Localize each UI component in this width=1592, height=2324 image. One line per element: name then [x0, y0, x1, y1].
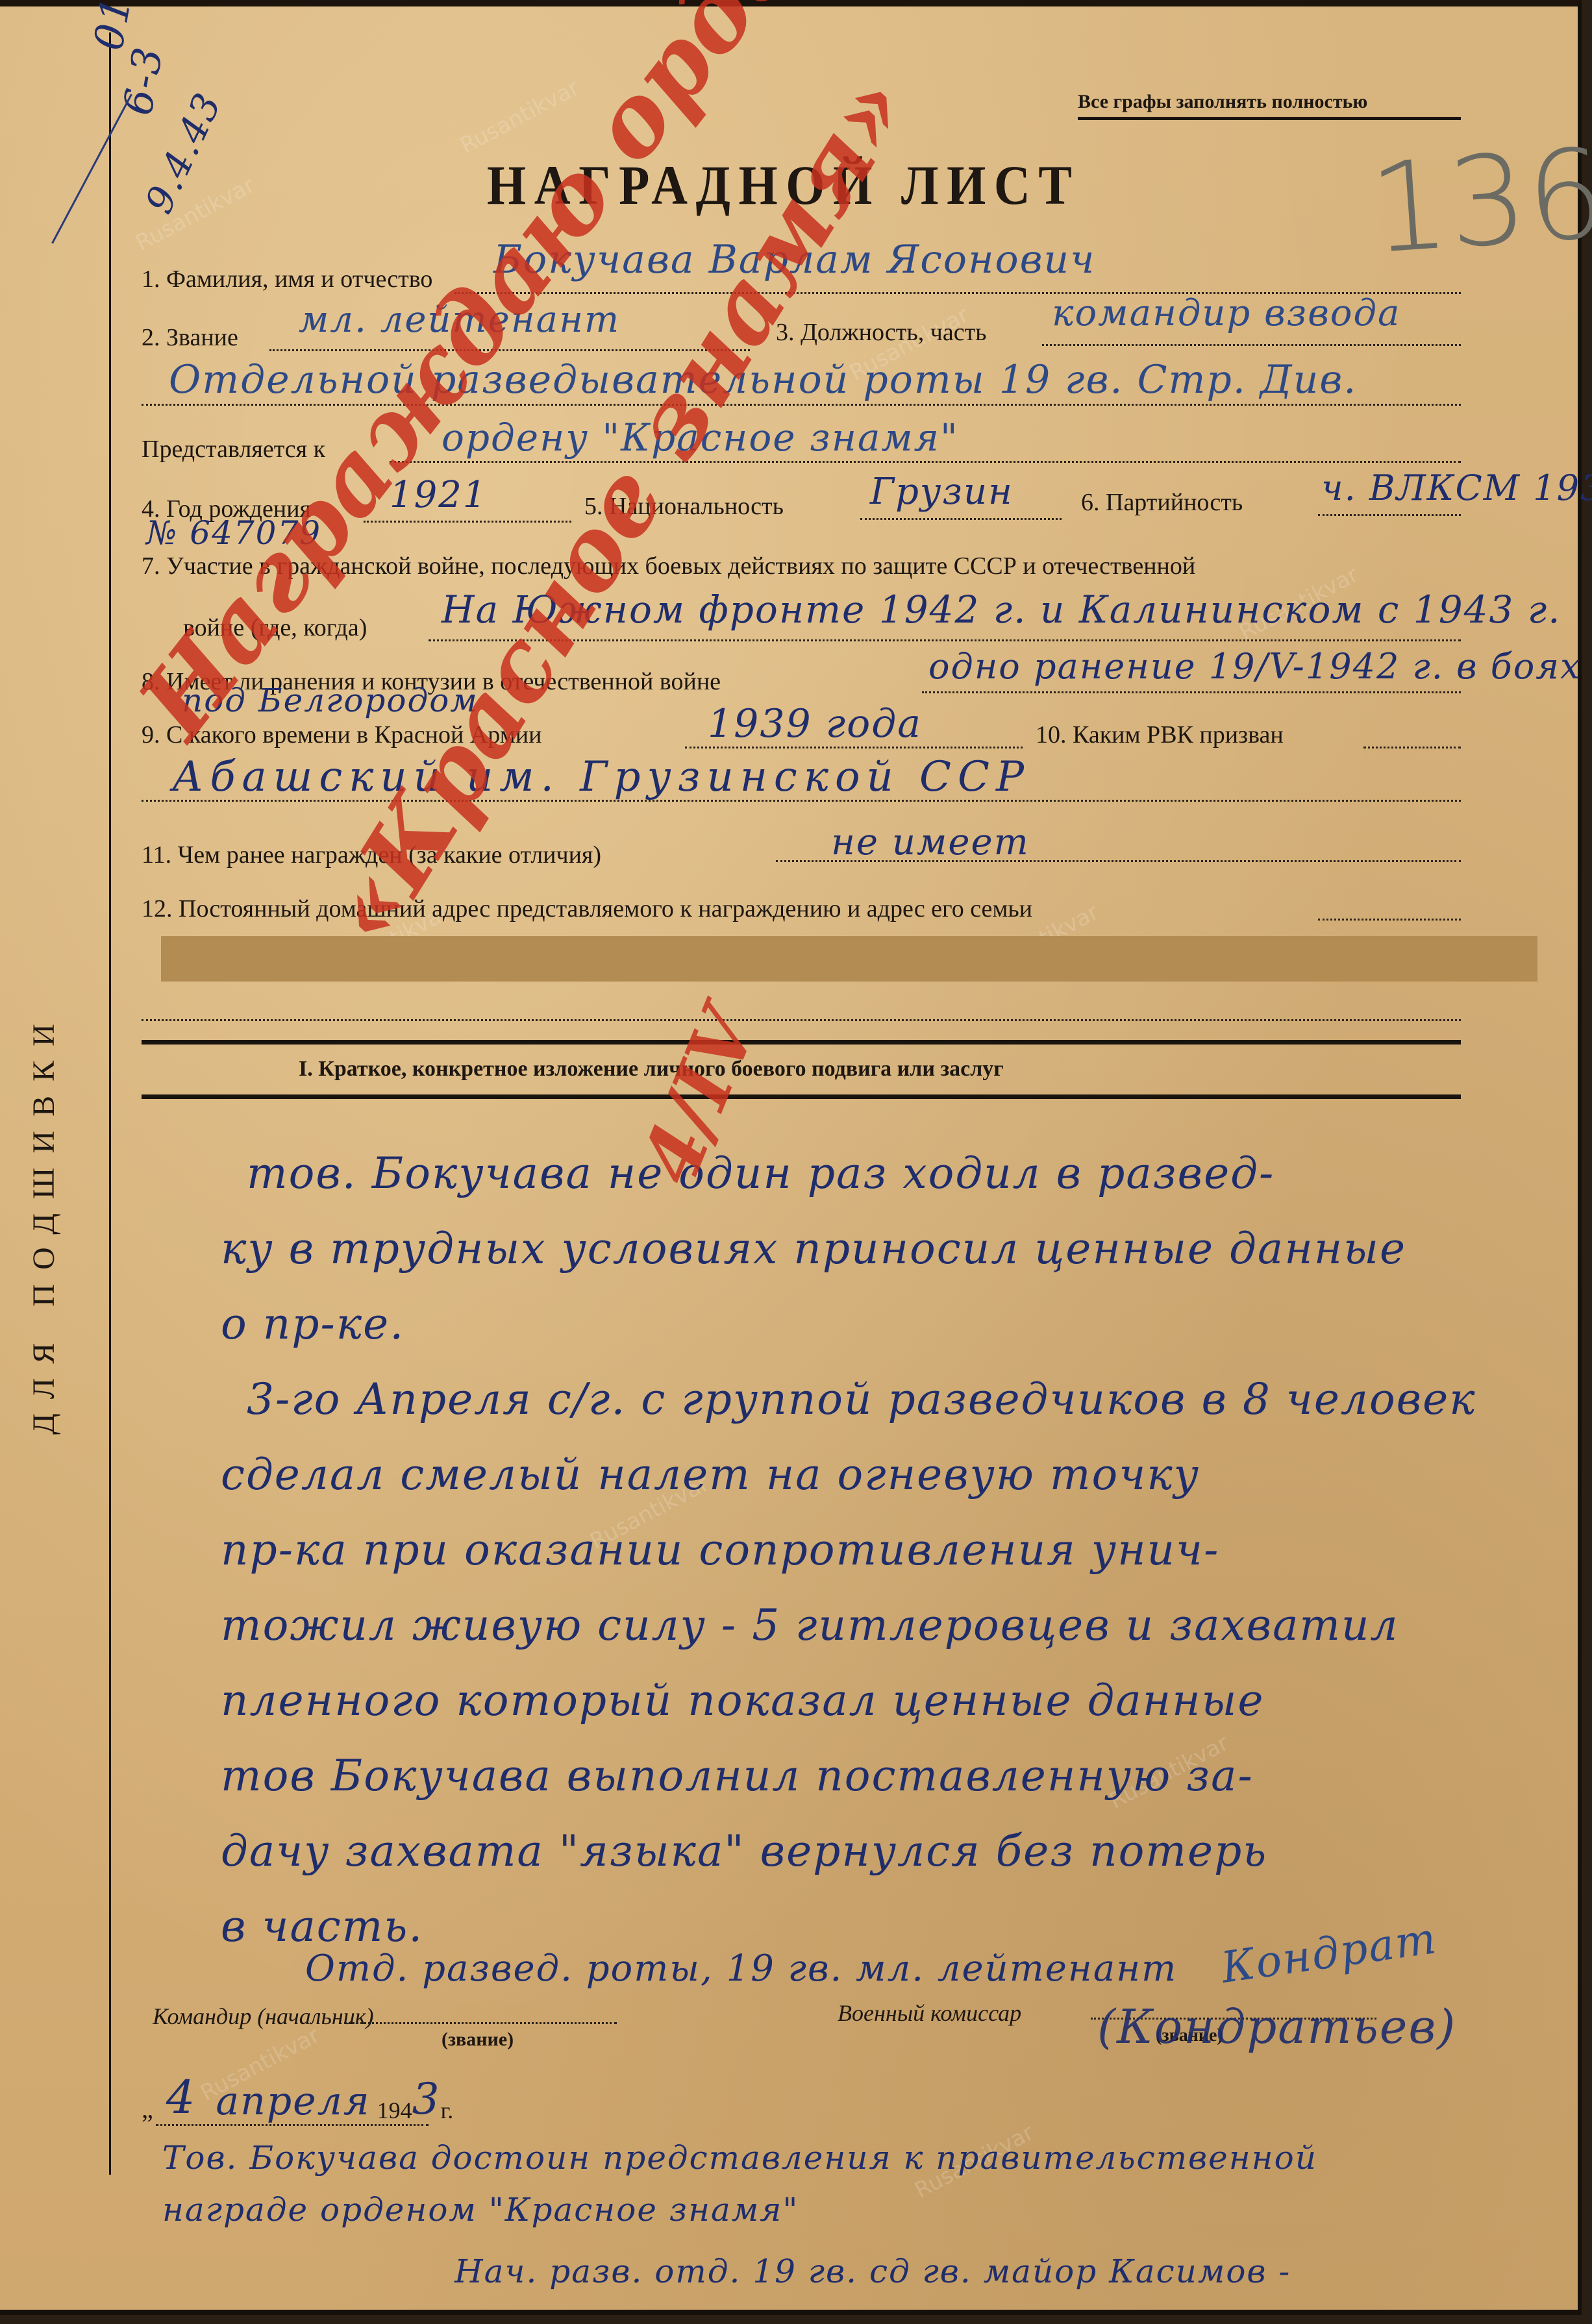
feat-line: дачу захвата "языка" вернулся без потерь: [221, 1814, 1571, 1889]
date-field: „ 4 апреля 194 3 г.: [142, 2071, 453, 2124]
corner-slash: [51, 94, 132, 244]
binding-margin-label: ДЛЯ ПОДШИВКИ: [26, 1009, 62, 1435]
feat-line: пленного который показал ценные данные: [221, 1663, 1571, 1738]
date-year-suffix: 3: [412, 2074, 441, 2124]
resolution-line-1: Тов. Бокучава достоин представления к пр…: [162, 2139, 1317, 2177]
field-12-label: 12. Постоянный домашний адрес представля…: [142, 895, 1032, 923]
represented-to-line: [390, 461, 1461, 463]
date-month: апреля: [216, 2079, 370, 2124]
header-note: Все графы заполнять полностью: [1078, 91, 1367, 113]
field-3-label: 3. Должность, часть: [776, 318, 987, 347]
feat-line: тожил живую силу - 5 гитлеровцев и захва…: [221, 1588, 1571, 1663]
section-top-rule: [142, 1040, 1461, 1045]
date-g: г.: [441, 2097, 454, 2124]
field-3-line: [1042, 344, 1461, 346]
date-year-prefix: 194: [377, 2097, 412, 2124]
address-redaction: [161, 936, 1537, 982]
section-bottom-rule: [142, 1094, 1461, 1099]
field-8-value: одно ранение 19/V-1942 г. в боях: [928, 646, 1581, 687]
field-3-value: командир взвода: [1052, 292, 1400, 334]
commander-rank-value: Отд. развед. роты, 19 гв. мл. лейтенант: [305, 1947, 1177, 1990]
field-10-line: [1363, 747, 1461, 748]
feat-line: ку в трудных условиях приносил ценные да…: [221, 1211, 1571, 1287]
field-12-cont-line: [142, 1019, 1461, 1021]
field-5-value: Грузин: [870, 471, 1014, 513]
feat-line: о пр-ке.: [221, 1287, 1571, 1362]
feat-description: тов. Бокучава не один раз ходил в развед…: [221, 1136, 1571, 1964]
feat-line: тов. Бокучава не один раз ходил в развед…: [247, 1136, 1571, 1211]
commissar-label: Военный комиссар: [838, 1999, 1021, 2027]
feat-line: 3-го Апреля с/г. с группой разведчиков в…: [247, 1362, 1571, 1437]
header-note-underline: [1078, 117, 1461, 120]
field-10-value: Абашский им. Грузинской ССР: [172, 753, 1030, 801]
commissar-signature: (Кондратьев): [1097, 1999, 1456, 2054]
award-sheet-page: Rusantikvar Rusantikvar Rusantikvar Rusa…: [0, 0, 1582, 2315]
commander-label: Командир (начальник): [153, 2003, 374, 2030]
field-9-value: 1939 года: [708, 701, 922, 747]
field-10-label: 10. Каким РВК призван: [1036, 721, 1284, 749]
section-title: I. Краткое, конкретное изложение личного…: [299, 1057, 1004, 1082]
field-10-cont-line: [142, 800, 1461, 802]
feat-line: сделал смелый налет на огневую точку: [221, 1437, 1571, 1513]
field-4-line: [364, 521, 571, 523]
field-6-line: [1318, 514, 1461, 516]
field-2-label: 2. Звание: [142, 323, 238, 352]
date-day: 4: [166, 2071, 197, 2124]
resolution-line-2: награде орденом "Красное знамя": [162, 2191, 799, 2229]
field-5-line: [860, 518, 1062, 520]
field-6-value: ч. ВЛКСМ 1938 г.: [1321, 467, 1592, 508]
field-6-label: 6. Партийность: [1081, 488, 1243, 517]
binding-margin-line: [109, 32, 111, 2175]
field-8-line: [922, 691, 1461, 693]
field-11-value: не имеет: [831, 821, 1030, 863]
field-1-label: 1. Фамилия, имя и отчество: [142, 265, 432, 293]
corner-annotation-code: 6-3: [114, 43, 172, 119]
field-12-line: [1318, 919, 1461, 921]
feat-line: пр-ка при оказании сопротивления унич-: [221, 1513, 1571, 1588]
resolution-signature-line: Нач. разв. отд. 19 гв. сд гв. майор Каси…: [454, 2253, 1291, 2290]
commander-rank-caption: (звание): [442, 2029, 514, 2051]
field-9-line: [685, 747, 1023, 748]
pencil-number-annotation: 136: [1365, 122, 1592, 282]
date-line: [156, 2124, 429, 2126]
feat-line: тов Бокучава выполнил поставленную за-: [221, 1738, 1571, 1814]
commander-line: [344, 2022, 617, 2024]
